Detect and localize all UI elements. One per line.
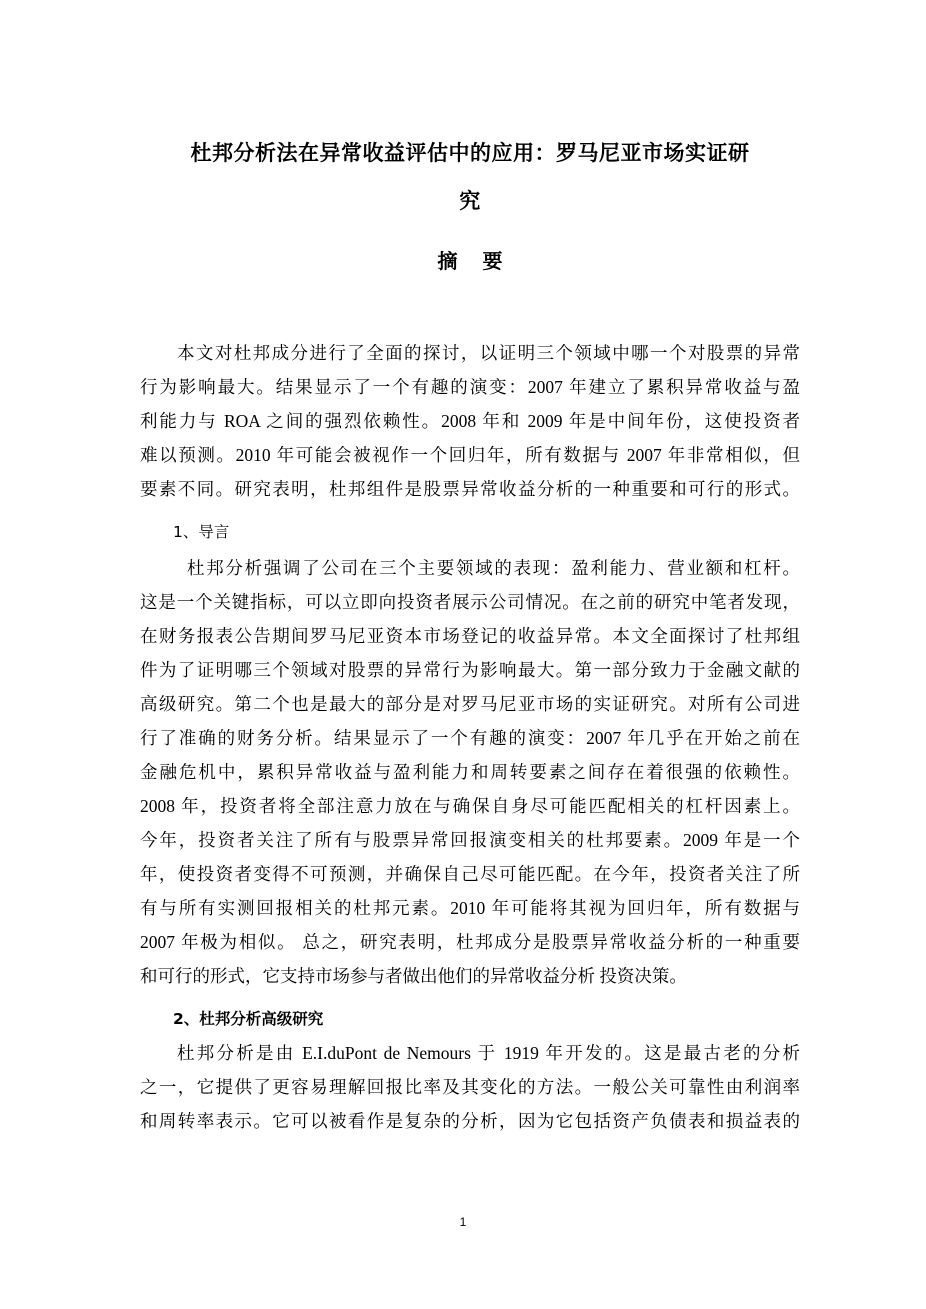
paper-title-line-2: 究 <box>140 185 800 215</box>
abstract-line: 难以预测。2010 年可能会被视作一个回归年，所有数据与 2007 年非常相似，… <box>140 438 800 472</box>
abstract-heading: 摘 要 <box>140 245 800 274</box>
intro-line: 在财务报表公告期间罗马尼亚资本市场登记的收益异常。本文全面探讨了杜邦组 <box>140 619 800 653</box>
intro-line: 今年，投资者关注了所有与股票异常回报演变相关的杜邦要素。2009 年是一个 <box>140 823 800 857</box>
section2-line: 和周转率表示。它可以被看作是复杂的分析，因为它包括资产负债表和损益表的 <box>140 1104 800 1138</box>
section-heading-dupont-research: 2、杜邦分析高级研究 <box>173 1002 323 1036</box>
intro-line: 杜邦分析强调了公司在三个主要领域的表现：盈利能力、营业额和杠杆。 <box>140 551 800 585</box>
abstract-line: 要素不同。研究表明，杜邦组件是股票异常收益分析的一种重要和可行的形式。 <box>140 472 800 506</box>
intro-line: 件为了证明哪三个领域对股票的异常行为影响最大。第一部分致力于金融文献的 <box>140 653 800 687</box>
page-number: 1 <box>0 1215 926 1229</box>
intro-line: 行了准确的财务分析。结果显示了一个有趣的演变：2007 年几乎在开始之前在 <box>140 721 800 755</box>
section2-line: 之一，它提供了更容易理解回报比率及其变化的方法。一般公关可靠性由利润率 <box>140 1070 800 1104</box>
section2-line: 杜邦分析是由 E.I.duPont de Nemours 于 1919 年开发的… <box>140 1036 800 1070</box>
intro-line: 2008 年，投资者将全部注意力放在与确保自身尽可能匹配相关的杠杆因素上。 <box>140 789 800 823</box>
intro-line: 和可行的形式，它支持市场参与者做出他们的异常收益分析 投资决策。 <box>140 959 800 993</box>
intro-line: 2007 年极为相似。 总之，研究表明，杜邦成分是股票异常收益分析的一种重要 <box>140 925 800 959</box>
intro-line: 年，使投资者变得不可预测，并确保自己尽可能匹配。在今年，投资者关注了所 <box>140 857 800 891</box>
intro-line: 有与所有实测回报相关的杜邦元素。2010 年可能将其视为回归年，所有数据与 <box>140 891 800 925</box>
abstract-line: 行为影响最大。结果显示了一个有趣的演变：2007 年建立了累积异常收益与盈 <box>140 370 800 404</box>
paper-title-line-1: 杜邦分析法在异常收益评估中的应用：罗马尼亚市场实证研 <box>140 137 800 167</box>
section-heading-introduction: 1、导言 <box>173 515 229 549</box>
abstract-line: 本文对杜邦成分进行了全面的探讨，以证明三个领域中哪一个对股票的异常 <box>140 336 800 370</box>
intro-line: 高级研究。第二个也是最大的部分是对罗马尼亚市场的实证研究。对所有公司进 <box>140 687 800 721</box>
intro-line: 金融危机中，累积异常收益与盈利能力和周转要素之间存在着很强的依赖性。 <box>140 755 800 789</box>
intro-line: 这是一个关键指标，可以立即向投资者展示公司情况。在之前的研究中笔者发现， <box>140 585 800 619</box>
abstract-line: 利能力与 ROA 之间的强烈依赖性。2008 年和 2009 年是中间年份，这使… <box>140 404 800 438</box>
document-page: 杜邦分析法在异常收益评估中的应用：罗马尼亚市场实证研 究 摘 要 本文对杜邦成分… <box>0 0 926 1309</box>
